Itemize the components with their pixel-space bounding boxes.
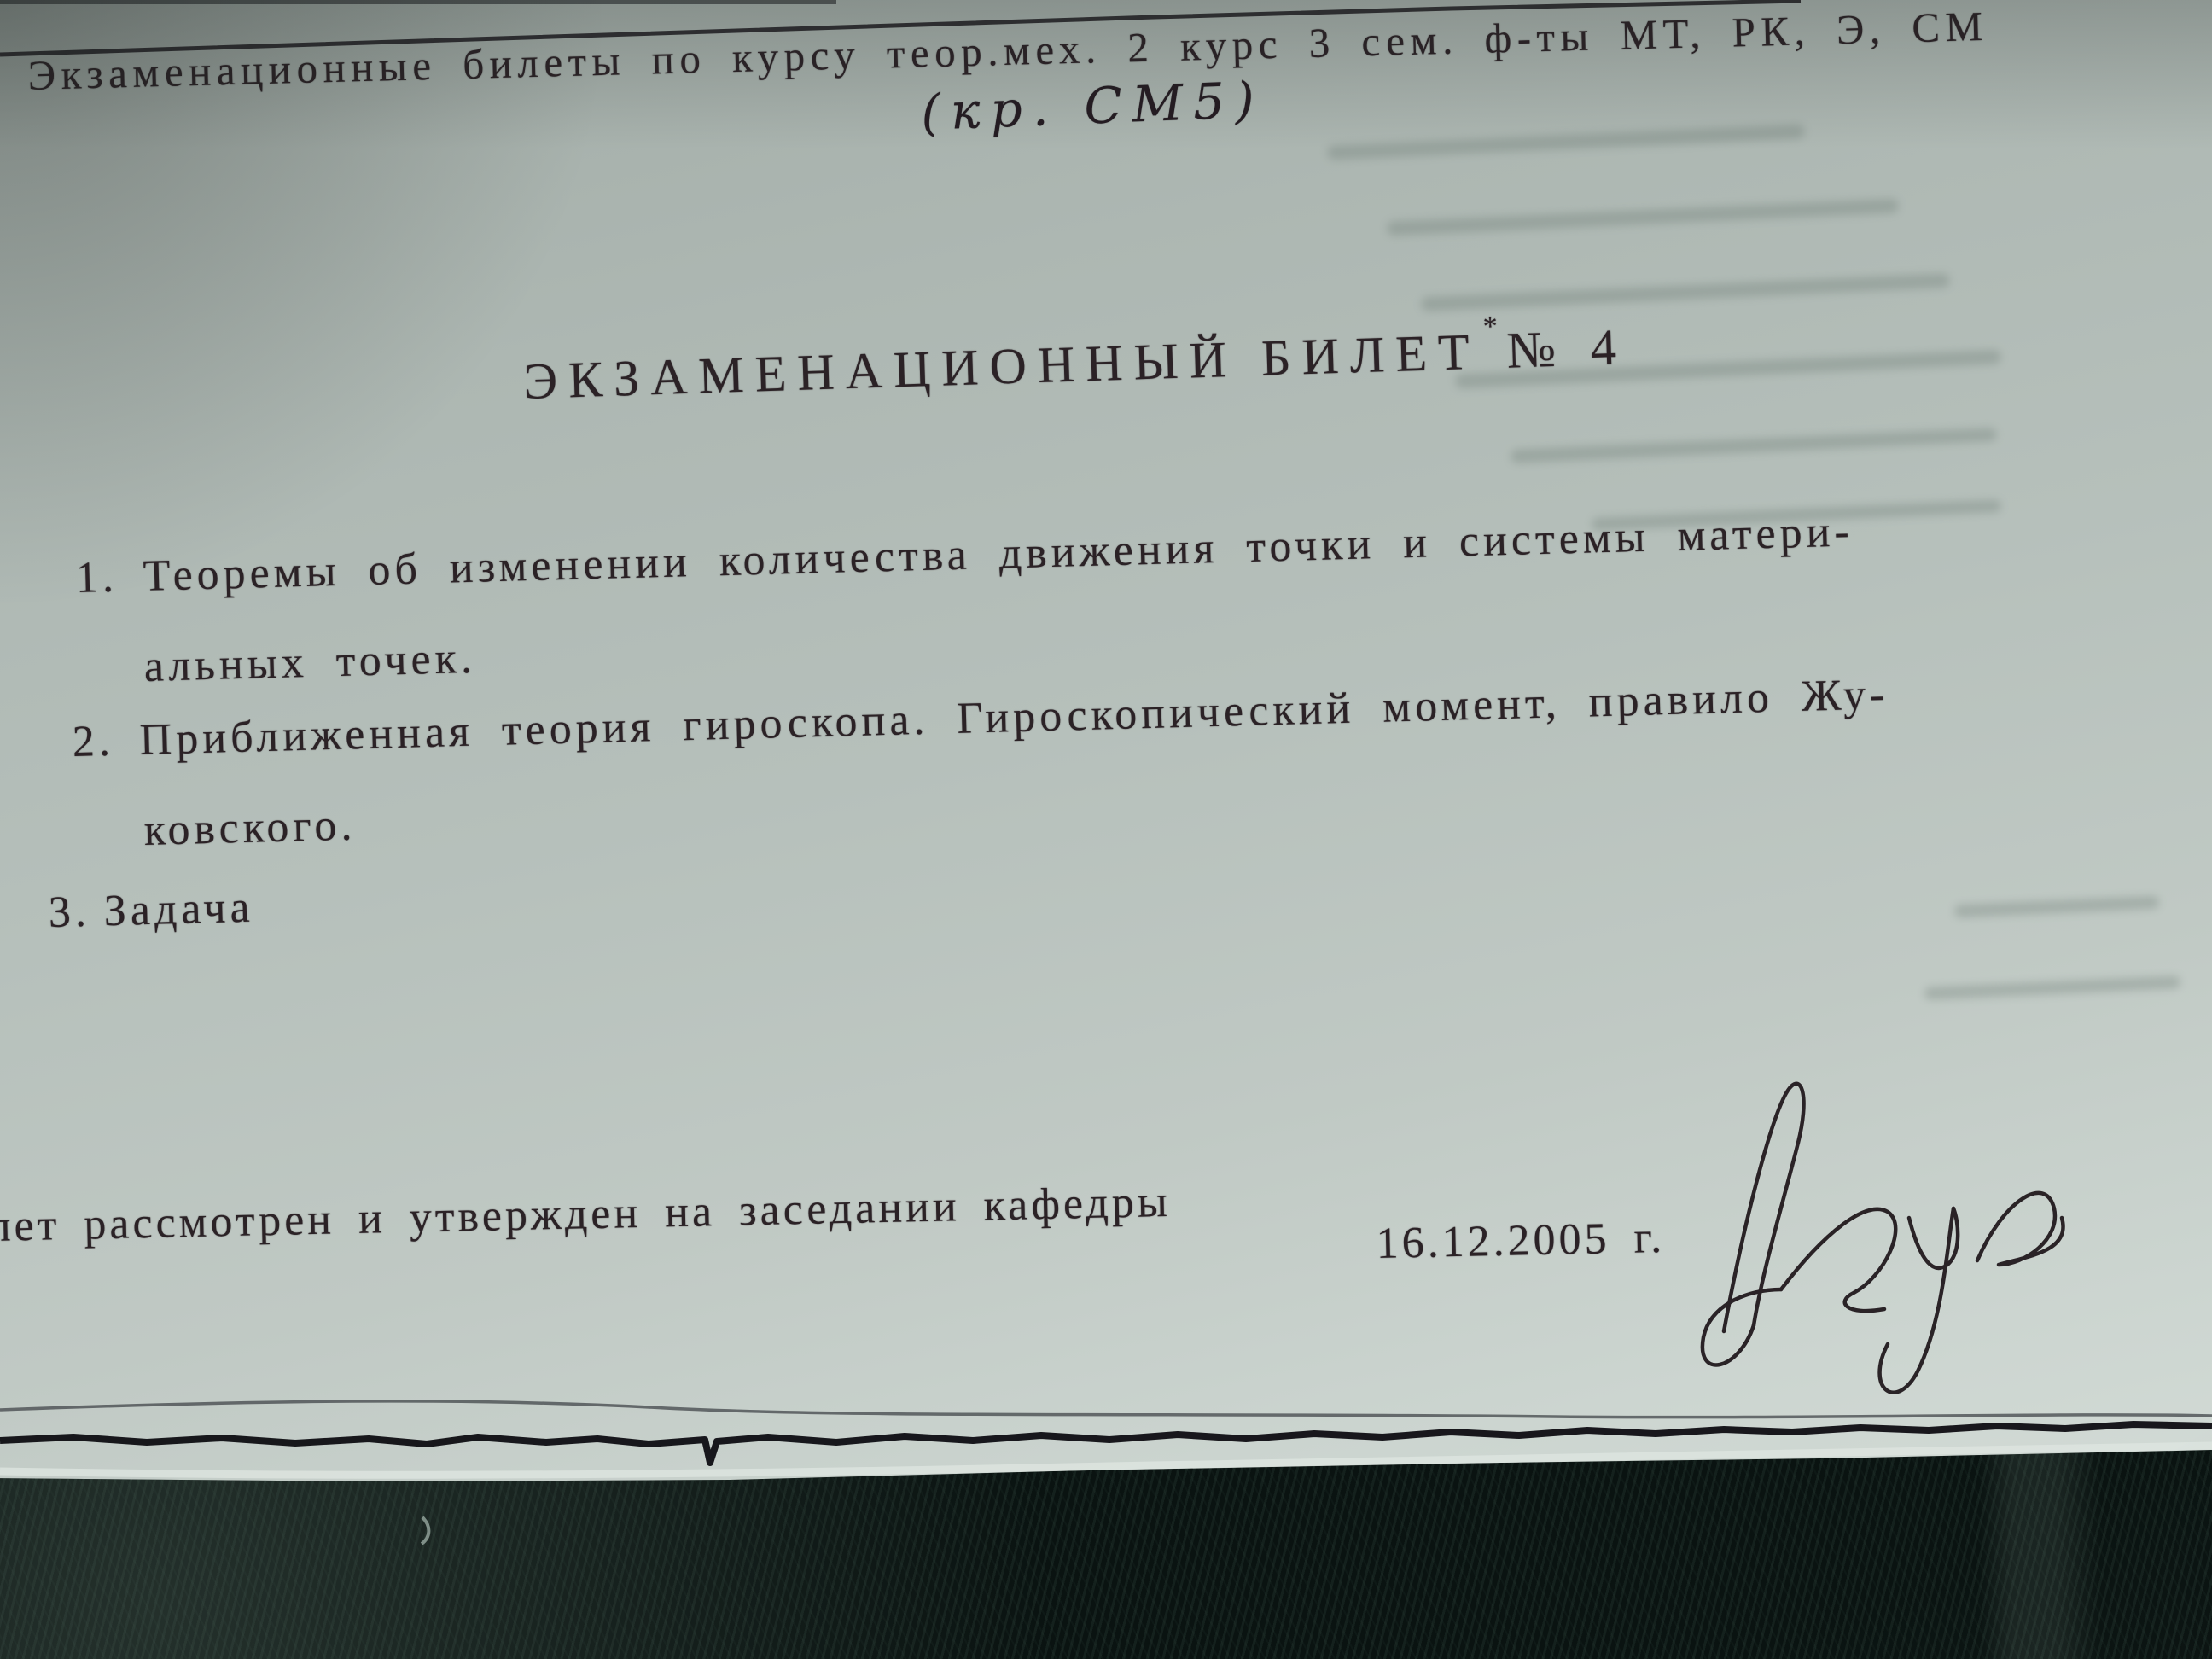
under-sheet-edge-line (0, 1401, 2212, 1417)
question-1-number: 1. (75, 552, 119, 603)
question-1-text: Теоремы об изменении количества движения… (143, 507, 1854, 600)
ticket-title: ЭКЗАМЕНАЦИОННЫЙ БИЛЕТ*№ 4 (522, 306, 1628, 411)
footer-date: 16.12.2005 г. (1376, 1213, 1666, 1269)
question-2-number: 2. (72, 716, 115, 767)
signature (1703, 1084, 2064, 1393)
showthrough-text-line (1327, 124, 1805, 160)
handwritten-note: (кр. СМ5) (920, 71, 1266, 142)
ticket-title-text: ЭКЗАМЕНАЦИОННЫЙ БИЛЕТ (522, 323, 1481, 410)
showthrough-text-line (1954, 896, 2159, 918)
question-3-text: Задача (103, 883, 254, 936)
sheet-gap-jagged-line (0, 1424, 2212, 1463)
ticket-title-footnote-asterisk: * (1482, 311, 1498, 343)
showthrough-text-line (1511, 428, 1997, 463)
question-1-line-1: 1.Теоремы об изменении количества движен… (75, 506, 1854, 603)
question-2-line-2: ковского. (143, 800, 357, 855)
ticket-number: № 4 (1506, 318, 1628, 378)
showthrough-text-line (1924, 975, 2180, 1000)
footer-approval-text: лет рассмотрен и утвержден на заседании … (0, 1177, 1171, 1252)
question-1-line-2: альных точек. (143, 633, 477, 692)
question-3-number: 3. (48, 887, 91, 938)
showthrough-text-line (1421, 273, 1950, 311)
showthrough-text-line (1387, 198, 1899, 236)
photo-top-edge-shadow (0, 0, 836, 4)
question-3-line-1: 3.Задача (48, 882, 254, 938)
photo-of-exam-ticket: Экзаменационные билеты по курсу теор.мех… (0, 0, 2212, 1659)
